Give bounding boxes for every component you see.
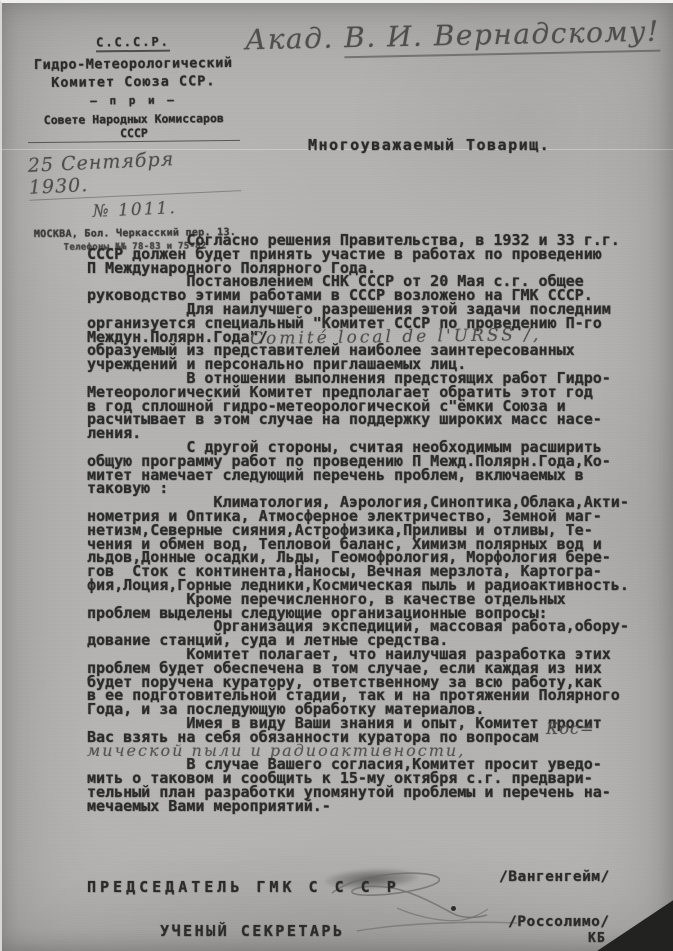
handwritten-comite-annotation: Comité local de l'URSS /, <box>250 325 542 349</box>
addressee-prefix: Акад. <box>245 21 345 56</box>
handwritten-number: № 1011. <box>28 195 241 225</box>
addressee-handwritten: Акад. В. И. Вернадскому! <box>245 15 660 57</box>
addressee-name: В. И. Вернадскому! <box>344 15 660 59</box>
letterhead-council-label: Совете Народных Комиссаров СССР <box>28 111 240 143</box>
scanned-letter-page: С.С.С.Р. Гидро-Метеорологический Комитет… <box>0 0 673 951</box>
chairman-title: ПРЕДСЕДАТЕЛЬ ГМК С С С Р <box>87 878 400 896</box>
letterhead-country-label: С.С.С.Р. <box>96 35 170 53</box>
handwritten-date: 25 Сентября 1930. <box>27 145 241 201</box>
letterhead-org-line2: Комитет Союза ССР. <box>27 73 239 91</box>
secretary-name: /Россолимо/ <box>508 914 610 930</box>
handwritten-kos-annotation: Кос= <box>546 719 594 738</box>
salutation: Многоуважаемый Товарищ. <box>308 136 550 154</box>
letterhead-country: С.С.С.Р. <box>27 30 239 53</box>
letterhead-stamp: С.С.С.Р. Гидро-Метеорологический Комитет… <box>27 30 241 253</box>
body-line: расчитывает в этом случае на поддержку ш… <box>87 413 665 427</box>
letterhead-council: Совете Народных Комиссаров СССР <box>28 106 240 143</box>
letterhead-org-line1: Гидро-Метеорологический <box>27 55 239 73</box>
ink-dot <box>451 906 456 911</box>
body-line: мечаемых Вами мероприятий.- <box>87 800 665 814</box>
body-line: митет намечает следующий перечень пробле… <box>87 469 665 483</box>
secretary-title: УЧЕНЫЙ СЕКРЕТАРЬ <box>160 922 345 940</box>
chairman-name: /Вангенгейм/ <box>499 869 610 885</box>
typist-initials: КБ <box>588 931 606 946</box>
